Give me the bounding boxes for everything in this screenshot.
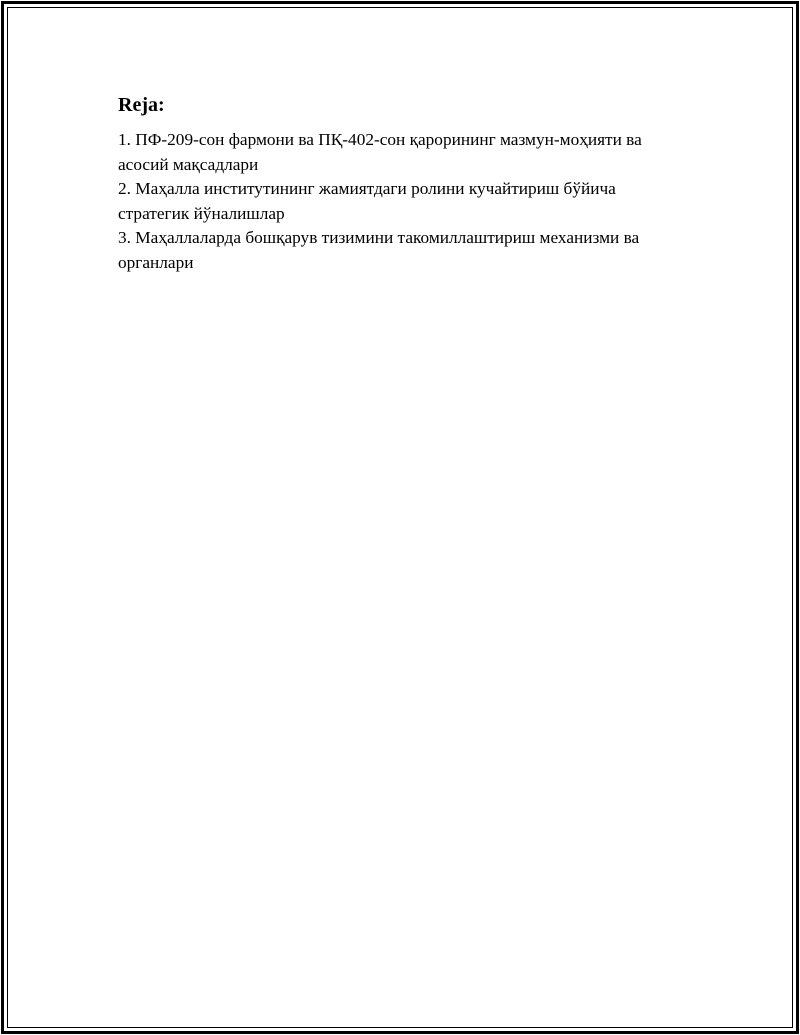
plan-list: 1. ПФ-209-сон фармони ва ПҚ-402-сон қаро… bbox=[118, 128, 688, 275]
plan-item-2: 2. Маҳалла институтининг жамиятдаги роли… bbox=[118, 177, 688, 226]
plan-item-1: 1. ПФ-209-сон фармони ва ПҚ-402-сон қаро… bbox=[118, 128, 688, 177]
plan-heading: Reja: bbox=[118, 92, 688, 118]
document-content: Reja: 1. ПФ-209-сон фармони ва ПҚ-402-со… bbox=[118, 92, 688, 275]
plan-item-3: 3. Маҳаллаларда бошқарув тизимини такоми… bbox=[118, 226, 688, 275]
